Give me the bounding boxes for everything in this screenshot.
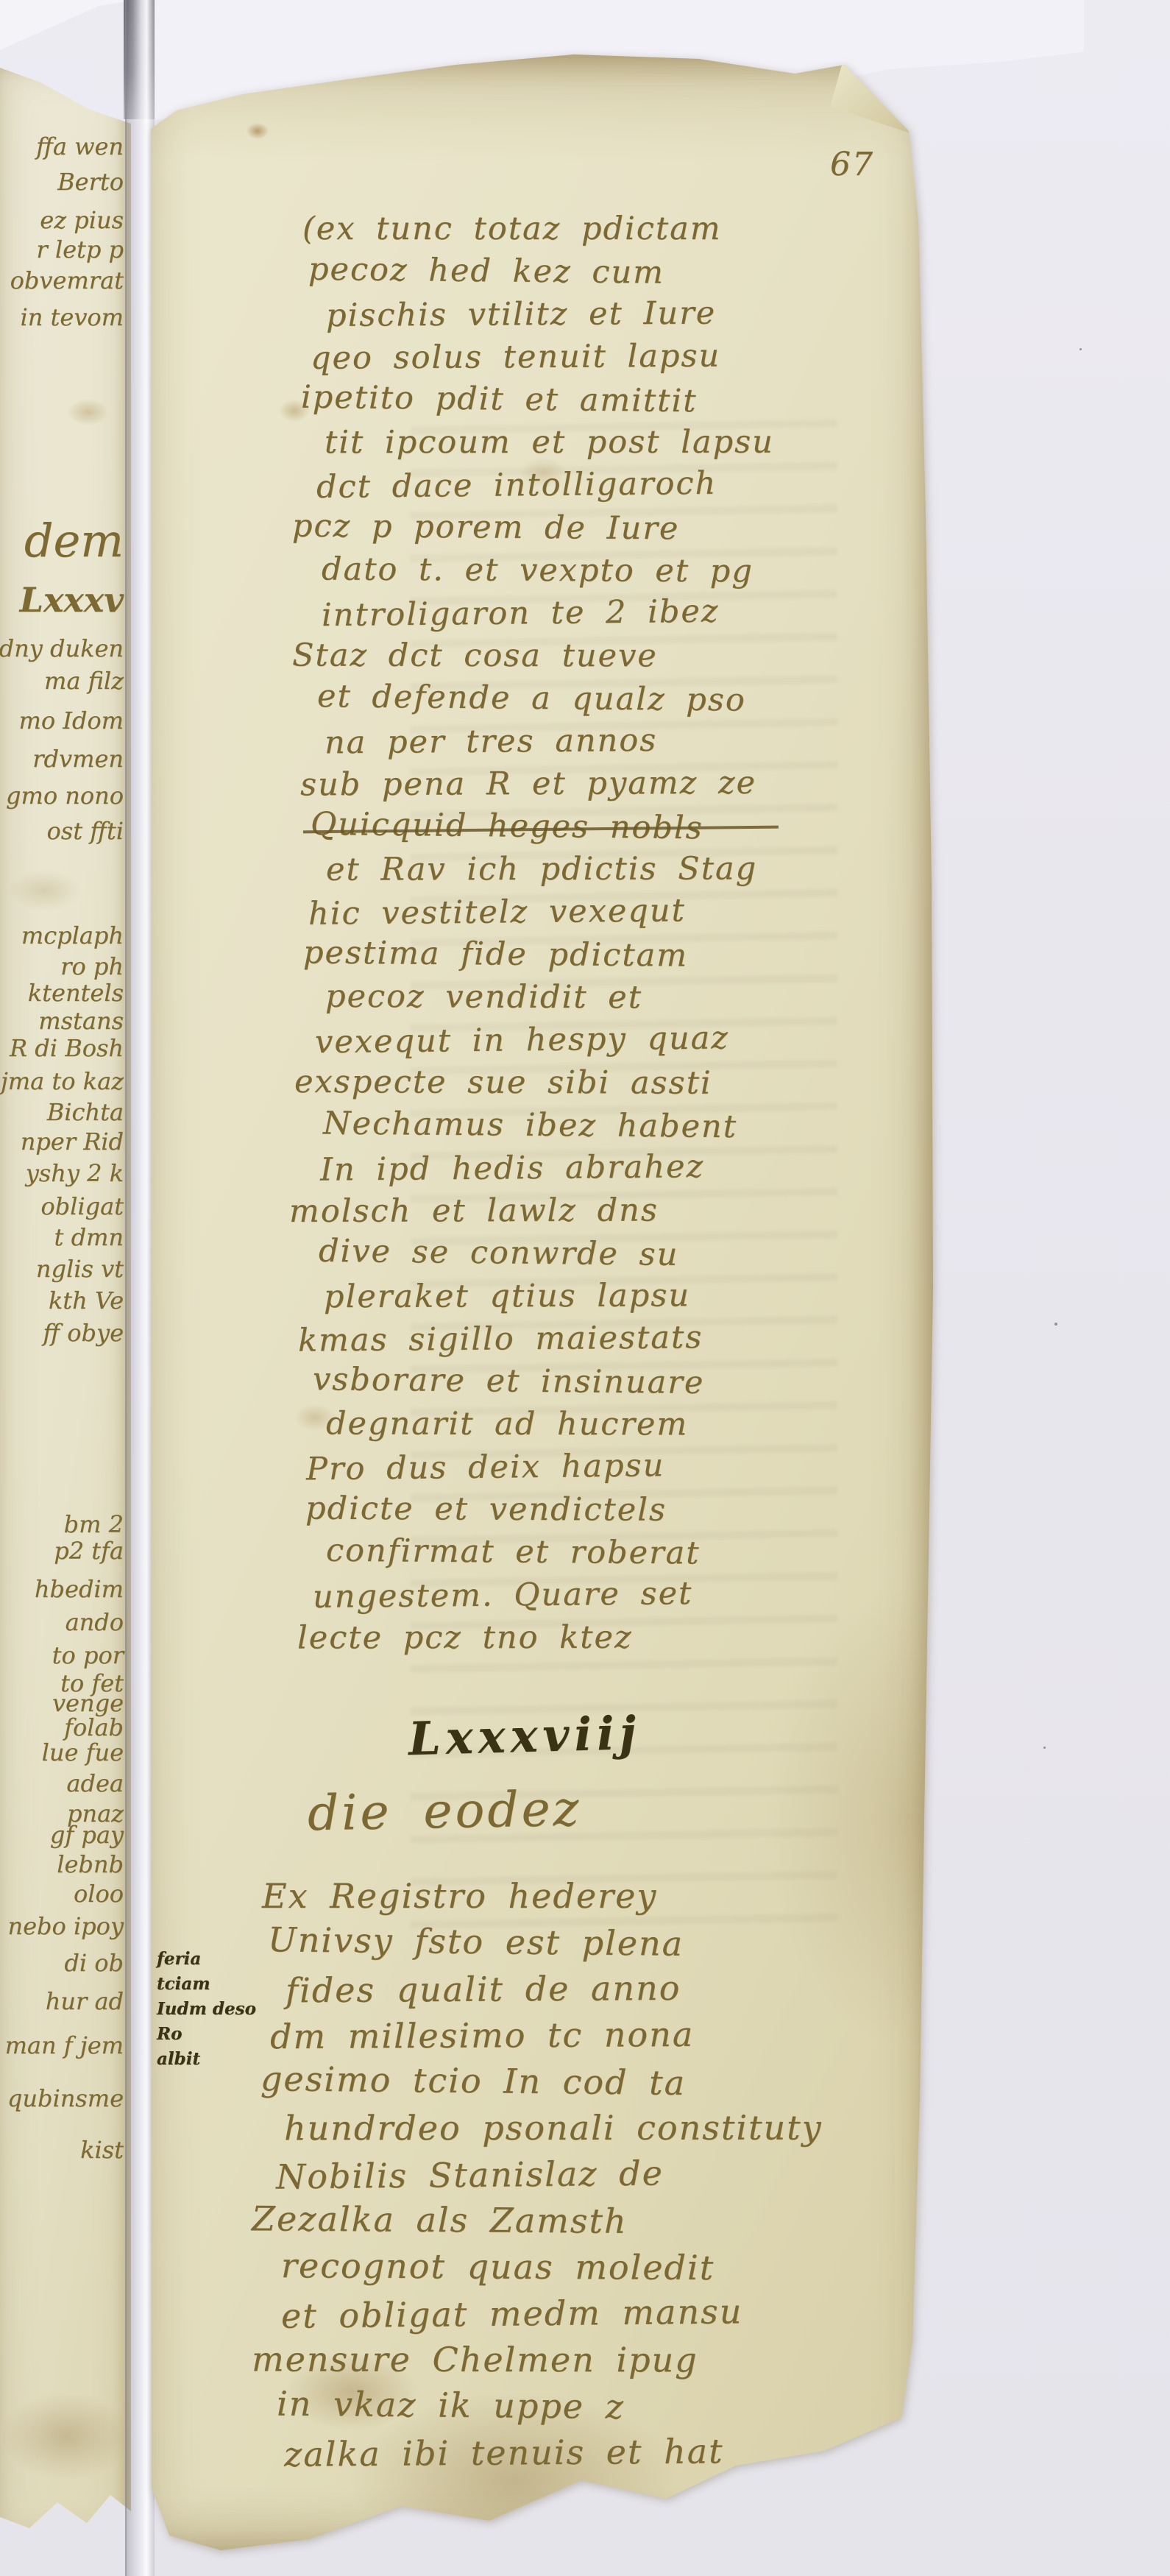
left-page-text-fragment: Bichta (47, 1098, 124, 1126)
left-page-text-fragment: nebo ipoy (7, 1912, 124, 1940)
manuscript-line: recognot quas moledit (281, 2243, 823, 2292)
entry-date-heading: die eodez (307, 1780, 582, 1841)
left-page-text-fragment: p2 tfa (54, 1537, 124, 1565)
left-page-text-fragment: ando (65, 1608, 124, 1636)
manuscript-line: vsborare et insinuare (313, 1358, 774, 1405)
manuscript-line: pecoz hed kez cum (308, 248, 774, 295)
margin-note-line: Ro (157, 2022, 256, 2047)
manuscript-line: exspecte sue sibi assti (294, 1061, 774, 1105)
manuscript-line: (ex tunc totaz pdictam (302, 208, 774, 250)
margin-note-line: feria (157, 1947, 256, 1972)
manuscript-line: introligaron te 2 ibez (322, 590, 774, 637)
manuscript-line: confirmat et roberat (326, 1529, 774, 1576)
entry-number-heading: Lxxxviij (408, 1706, 642, 1766)
manuscript-line: na per tres annos (325, 718, 774, 765)
left-page-text-fragment: jma to kaz (1, 1067, 124, 1095)
manuscript-line: hundrdeo psonali constituty (284, 2105, 823, 2152)
left-page-text-fragment: bm 2 (64, 1510, 124, 1538)
left-page-text-fragment: ff obye (43, 1319, 124, 1347)
left-page-text-fragment: qubinsme (7, 2084, 124, 2112)
entry-text-block-1: (ex tunc totaz pdictampecoz hed kez cump… (283, 208, 774, 1659)
manuscript-line: pischis vtilitz et Iure (326, 291, 774, 337)
manuscript-line: hic vestitelz vexequt (308, 888, 774, 935)
margin-date-note: feriatciamIudm desoRoalbit (157, 1947, 256, 2072)
left-page-text-fragment: folab (64, 1713, 124, 1741)
manuscript-line: Zezalka als Zamsth (252, 2195, 823, 2246)
manuscript-line: degnarit ad hucrem (326, 1402, 774, 1446)
left-page-text-fragment: ktentels (28, 979, 124, 1007)
manuscript-line: dive se conwrde su (319, 1230, 774, 1277)
manuscript-line: Nobilis Stanislaz de (276, 2148, 823, 2200)
manuscript-line: pdicte et vendictels (305, 1487, 774, 1532)
manuscript-line: Nechamus ibez habent (323, 1102, 774, 1148)
folio-number: 67 (830, 146, 874, 183)
left-page-text-fragment: ma filz (44, 667, 124, 695)
left-page-text-fragment: gmo nono (6, 782, 124, 810)
manuscript-line: sub pena R et pyamz ze (300, 762, 774, 807)
left-page-text-fragment: R di Bosh (10, 1034, 124, 1062)
manuscript-line: ungestem. Quare set (313, 1571, 774, 1618)
margin-note-line: Iudm deso (157, 1997, 256, 2022)
manuscript-line: lecte pcz tno ktez (297, 1616, 774, 1660)
manuscript-line: mensure Chelmen ipug (252, 2336, 823, 2383)
entry-text-block-2: Ex Registro hedereyUnivsy fsto est plena… (243, 1873, 823, 2476)
manuscript-line: dm millesimo tc nona (270, 2011, 823, 2060)
dust-speck (1043, 1747, 1046, 1749)
manuscript-line: pecoz vendidit et (325, 975, 774, 1019)
manuscript-line: Univsy fsto est plena (268, 1917, 823, 1968)
left-page-text-fragment: hur ad (46, 1987, 124, 2015)
left-page-text-fragment: yshy 2 k (26, 1159, 124, 1187)
left-page-text-fragment: Lxxxv (20, 580, 124, 620)
margin-note-line: tciam (157, 1972, 256, 1997)
manuscript-line: in vkaz ik uppe z (277, 2381, 823, 2432)
manuscript-line: vexequt in hespy quaz (315, 1016, 774, 1064)
left-page-text-fragment: in tevom (21, 303, 124, 331)
left-page-text-fragment: hbedim (35, 1575, 124, 1603)
left-page-text-fragment: nglis vt (36, 1255, 124, 1283)
manuscript-line: gesimo tcio In cod ta (260, 2056, 823, 2108)
left-page-text-fragment: obvemrat (10, 266, 124, 294)
manuscript-line: Pro dus deix hapsu (306, 1443, 774, 1491)
manuscript-folio: 67 (ex tunc totaz pdictampecoz hed kez c… (131, 52, 940, 2561)
manuscript-line: et defende a qualz pso (317, 675, 774, 722)
left-page-text-fragment: oloo (74, 1880, 124, 1908)
manuscript-line: kmas sigillo maiestats (298, 1315, 774, 1362)
left-page-text-fragment: ro ph (60, 952, 124, 980)
dust-speck (1054, 1323, 1057, 1326)
left-page-text-fragment: ffa wen (36, 132, 124, 160)
manuscript-line: qeo solus tenuit lapsu (311, 334, 774, 380)
left-page-text-fragment: mo Idom (18, 707, 124, 735)
manuscript-line: fides qualit de anno (286, 1964, 823, 2014)
left-page-text-fragment: gf pay (50, 1821, 124, 1849)
left-page-text-fragment: r letp p (36, 236, 124, 263)
left-page-text-fragment: dem (24, 514, 124, 567)
left-page-text-fragment: man f jem (5, 2031, 124, 2059)
manuscript-line: molsch et lawlz dns (289, 1189, 774, 1233)
manuscript-line: tit ipcoum et post lapsu (325, 421, 774, 464)
manuscript-line: et obligat medm mansu (281, 2287, 823, 2340)
manuscript-line: pcz p porem de Iure (292, 505, 774, 551)
facing-folio-edge: ffa wenBertoez piusr letp pobvemratin te… (0, 66, 131, 2539)
left-page-text-fragment: dny duken (0, 634, 124, 662)
left-page-text-fragment: Berto (57, 168, 124, 196)
left-page-text-fragment: lebnb (57, 1850, 124, 1878)
left-page-text-fragment: ez pius (40, 206, 124, 234)
left-page-text-fragment: t dmn (54, 1223, 124, 1251)
manuscript-line: ipetito pdit et amittit (301, 376, 774, 424)
manuscript-line: Staz dct cosa tueve (292, 634, 774, 677)
manuscript-line: dato t. et vexpto et pg (322, 548, 774, 592)
left-page-text-fragment: mstans (38, 1007, 124, 1035)
left-page-text-fragment: obligat (40, 1192, 124, 1220)
left-page-text-fragment: di ob (64, 1949, 124, 1977)
left-page-text-fragment: to por (52, 1641, 124, 1669)
manuscript-line: Ex Registro hederey (262, 1873, 823, 1919)
left-page-text-fragment: rdvmen (32, 745, 124, 773)
manuscript-line: pleraket qtius lapsu (324, 1274, 774, 1318)
manuscript-line: Quicquid heges nobls (311, 803, 774, 851)
manuscript-line: et Rav ich pdictis Stag (326, 847, 774, 891)
left-page-text-fragment: mcplaph (21, 921, 124, 949)
manuscript-line: In ipd hedis abrahez (320, 1144, 774, 1191)
margin-note-line: albit (157, 2047, 256, 2072)
left-page-text-fragment: nper Rid (21, 1128, 124, 1156)
left-page-text-fragment: adea (66, 1769, 124, 1797)
manuscript-photograph: ffa wenBertoez piusr letp pobvemratin te… (0, 0, 1170, 2576)
manuscript-line: pestima fide pdictam (303, 931, 774, 977)
dust-speck (1079, 348, 1082, 350)
glass-edge (125, 0, 155, 2576)
left-page-text-fragment: lue fue (42, 1738, 124, 1766)
manuscript-line: dct dace intolligaroch (316, 461, 774, 509)
left-page-text-fragment: ost ffti (47, 817, 124, 845)
left-page-text-fragment: kist (80, 2136, 124, 2164)
left-page-text-fragment: kth Ve (49, 1287, 124, 1314)
